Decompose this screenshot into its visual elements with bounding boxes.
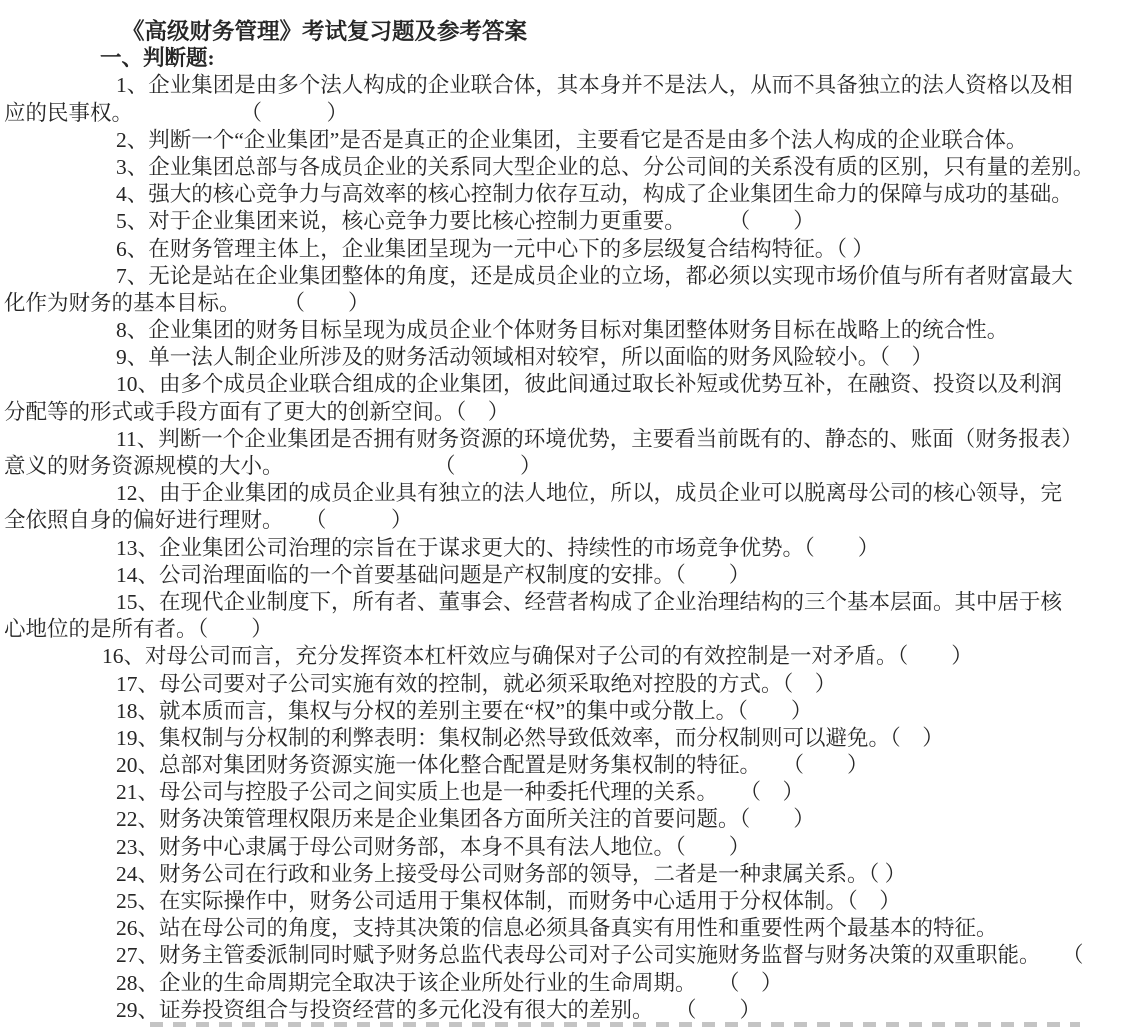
question-line: 3、企业集团总部与各成员企业的关系同大型企业的总、分公司间的关系没有质的区别，只… bbox=[4, 154, 1130, 181]
question-line: 8、企业集团的财务目标呈现为成员企业个体财务目标对集团整体财务目标在战略上的统合… bbox=[4, 317, 1130, 344]
question-line: 6、在财务管理主体上，企业集团呈现为一元中心下的多层级复合结构特征。（ ） bbox=[4, 236, 1130, 263]
question-line: 20、总部对集团财务资源实施一体化整合配置是财务集权制的特征。 （ ） bbox=[4, 752, 1130, 779]
question-line: 14、公司治理面临的一个首要基础问题是产权制度的安排。（ ） bbox=[4, 562, 1130, 589]
question-line: 21、母公司与控股子公司之间实质上也是一种委托代理的关系。 （ ） bbox=[4, 779, 1130, 806]
question-line: 15、在现代企业制度下，所有者、董事会、经营者构成了企业治理结构的三个基本层面。… bbox=[4, 589, 1130, 616]
question-line: 13、企业集团公司治理的宗旨在于谋求更大的、持续性的市场竞争优势。（ ） bbox=[4, 535, 1130, 562]
document-page: 《高级财务管理》考试复习题及参考答案一、判断题:1、企业集团是由多个法人构成的企… bbox=[0, 0, 1132, 1024]
question-line: 9、单一法人制企业所涉及的财务活动领域相对较窄，所以面临的财务风险较小。（ ） bbox=[4, 344, 1130, 371]
question-line: 1、企业集团是由多个法人构成的企业联合体，其本身并不是法人，从而不具备独立的法人… bbox=[4, 72, 1130, 99]
question-line: 17、母公司要对子公司实施有效的控制，就必须采取绝对控股的方式。（ ） bbox=[4, 671, 1130, 698]
question-line: 24、财务公司在行政和业务上接受母公司财务部的领导，二者是一种隶属关系。（ ） bbox=[4, 861, 1130, 888]
section-heading: 一、判断题: bbox=[4, 45, 1130, 72]
question-line: 25、在实际操作中，财务公司适用于集权体制，而财务中心适用于分权体制。（ ） bbox=[4, 888, 1130, 915]
question-line: 27、财务主管委派制同时赋予财务总监代表母公司对子公司实施财务监督与财务决策的双… bbox=[4, 942, 1130, 969]
document-title: 《高级财务管理》考试复习题及参考答案 bbox=[4, 18, 1130, 45]
question-line: 10、由多个成员企业联合组成的企业集团，彼此间通过取长补短或优势互补，在融资、投… bbox=[4, 371, 1130, 398]
question-line: 19、集权制与分权制的利弊表明：集权制必然导致低效率，而分权制则可以避免。（ ） bbox=[4, 725, 1130, 752]
question-line: 26、站在母公司的角度，支持其决策的信息必须具备真实有用性和重要性两个最基本的特… bbox=[4, 915, 1130, 942]
question-line: 28、企业的生命周期完全取决于该企业所处行业的生命周期。 （ ） bbox=[4, 970, 1130, 997]
question-line: 7、无论是站在企业集团整体的角度，还是成员企业的立场，都必须以实现市场价值与所有… bbox=[4, 263, 1130, 290]
continuation-line: 意义的财务资源规模的大小。 （ ） bbox=[4, 453, 1130, 480]
question-line: 12、由于企业集团的成员企业具有独立的法人地位，所以，成员企业可以脱离母公司的核… bbox=[4, 480, 1130, 507]
question-line: 11、判断一个企业集团是否拥有财务资源的环境优势，主要看当前既有的、静态的、账面… bbox=[4, 426, 1130, 453]
continuation-line: 全依照自身的偏好进行理财。 （ ） bbox=[4, 507, 1130, 534]
question-line: 2、判断一个“企业集团”是否是真正的企业集团，主要看它是否是由多个法人构成的企业… bbox=[4, 127, 1130, 154]
question-line: 4、强大的核心竞争力与高效率的核心控制力依存互动，构成了企业集团生命力的保障与成… bbox=[4, 181, 1130, 208]
continuation-line: 化作为财务的基本目标。 （ ） bbox=[4, 290, 1130, 317]
continuation-line: 心地位的是所有者。（ ） bbox=[4, 616, 1130, 643]
question-line: 5、对于企业集团来说，核心竞争力要比核心控制力更重要。 （ ） bbox=[4, 208, 1130, 235]
question-line: 29、证券投资组合与投资经营的多元化没有很大的差别。 （ ） bbox=[4, 997, 1130, 1024]
question-line: 18、就本质而言，集权与分权的差别主要在“权”的集中或分散上。（ ） bbox=[4, 698, 1130, 725]
question-line: 22、财务决策管理权限历来是企业集团各方面所关注的首要问题。（ ） bbox=[4, 806, 1130, 833]
continuation-line: 分配等的形式或手段方面有了更大的创新空间。（ ） bbox=[4, 399, 1130, 426]
continuation-line: 应的民事权。 （ ） bbox=[4, 100, 1130, 127]
question-line: 23、财务中心隶属于母公司财务部，本身不具有法人地位。（ ） bbox=[4, 834, 1130, 861]
question-line: 16、对母公司而言，充分发挥资本杠杆效应与确保对子公司的有效控制是一对矛盾。（ … bbox=[4, 643, 1130, 670]
clipped-next-line bbox=[150, 1022, 1080, 1027]
